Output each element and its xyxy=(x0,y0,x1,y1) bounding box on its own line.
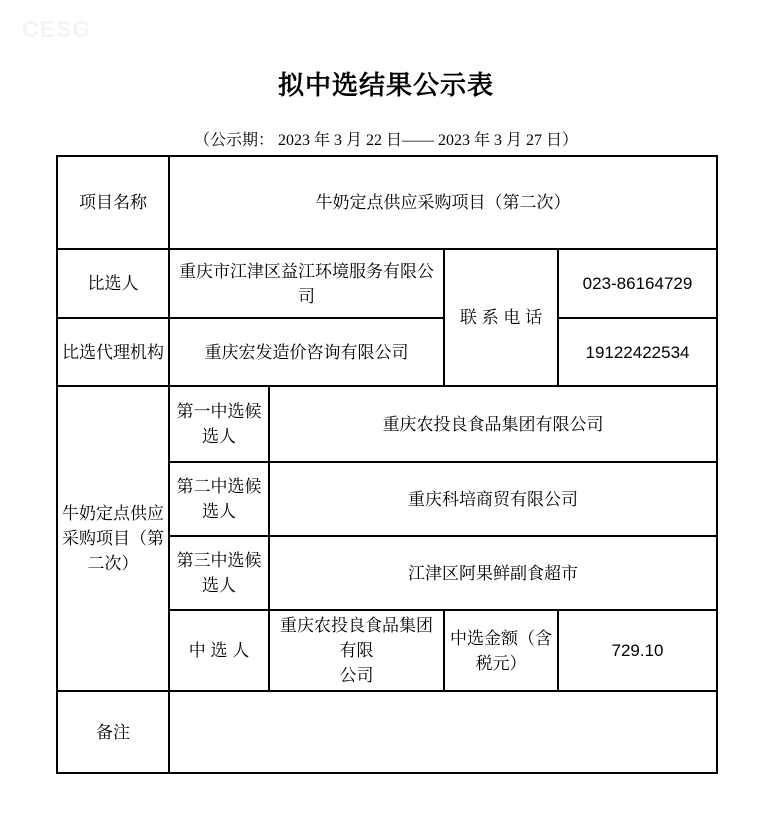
cesg-watermark: CESG xyxy=(22,16,91,43)
table-row: 项目名称 牛奶定点供应采购项目（第二次） xyxy=(57,156,717,249)
agency-label: 比选代理机构 xyxy=(57,318,169,386)
candidate2-value: 重庆科培商贸有限公司 xyxy=(269,462,717,536)
candidate3-label: 第三中选候 选人 xyxy=(169,536,269,610)
project-name-value: 牛奶定点供应采购项目（第二次） xyxy=(169,156,717,249)
publicity-period-subtitle: （公示期： 2023 年 3 月 22 日—— 2023 年 3 月 27 日） xyxy=(0,131,772,151)
agency-value: 重庆宏发造价咨询有限公司 xyxy=(169,318,444,386)
result-table: 项目名称 牛奶定点供应采购项目（第二次） 比选人 重庆市江津区益江环境服务有限公… xyxy=(56,155,718,774)
candidate3-value: 江津区阿果鲜副食超市 xyxy=(269,536,717,610)
winner-label: 中 选 人 xyxy=(169,610,269,691)
table-row: 牛奶定点供应 采购项目（第 二次） 第一中选候 选人 重庆农投良食品集团有限公司 xyxy=(57,386,717,462)
contact-phone-label: 联 系 电 话 xyxy=(444,249,558,386)
project-name-label: 项目名称 xyxy=(57,156,169,249)
amount-label: 中选金额（含 税元） xyxy=(444,610,558,691)
amount-value: 729.10 xyxy=(558,610,717,691)
winner-value: 重庆农投良食品集团有限 公司 xyxy=(269,610,444,691)
table-row: 比选代理机构 重庆宏发造价咨询有限公司 19122422534 xyxy=(57,318,717,386)
remarks-value xyxy=(169,691,717,773)
agency-phone-value: 19122422534 xyxy=(558,318,717,386)
table-row: 备注 xyxy=(57,691,717,773)
candidate2-label: 第二中选候 选人 xyxy=(169,462,269,536)
candidate1-label: 第一中选候 选人 xyxy=(169,386,269,462)
remarks-label: 备注 xyxy=(57,691,169,773)
announcement-page: CESG 拟中选结果公示表 （公示期： 2023 年 3 月 22 日—— 20… xyxy=(0,0,772,834)
bidder-phone-value: 023-86164729 xyxy=(558,249,717,318)
candidate1-value: 重庆农投良食品集团有限公司 xyxy=(269,386,717,462)
section-project-label: 牛奶定点供应 采购项目（第 二次） xyxy=(57,386,169,691)
table-row: 比选人 重庆市江津区益江环境服务有限公司 联 系 电 话 023-8616472… xyxy=(57,249,717,318)
bidder-label: 比选人 xyxy=(57,249,169,318)
bidder-value: 重庆市江津区益江环境服务有限公司 xyxy=(169,249,444,318)
page-title: 拟中选结果公示表 xyxy=(0,72,772,100)
